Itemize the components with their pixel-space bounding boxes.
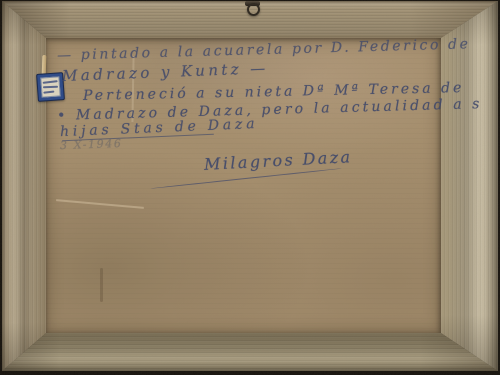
frame-back-photo: — pintado a la acuarela por D. Federico …	[0, 0, 500, 375]
scratch-mark	[56, 199, 144, 208]
collection-stamp-label	[36, 72, 65, 102]
crease-mark	[100, 268, 103, 302]
stamp-paper	[40, 76, 60, 97]
stamp-handwriting	[43, 91, 54, 94]
stamp-handwriting	[43, 86, 58, 88]
hanging-ring-icon	[243, 0, 261, 14]
inscription-date: 3 X-1946	[60, 137, 123, 152]
hanger-ring	[247, 3, 260, 16]
stamp-handwriting	[43, 80, 58, 83]
